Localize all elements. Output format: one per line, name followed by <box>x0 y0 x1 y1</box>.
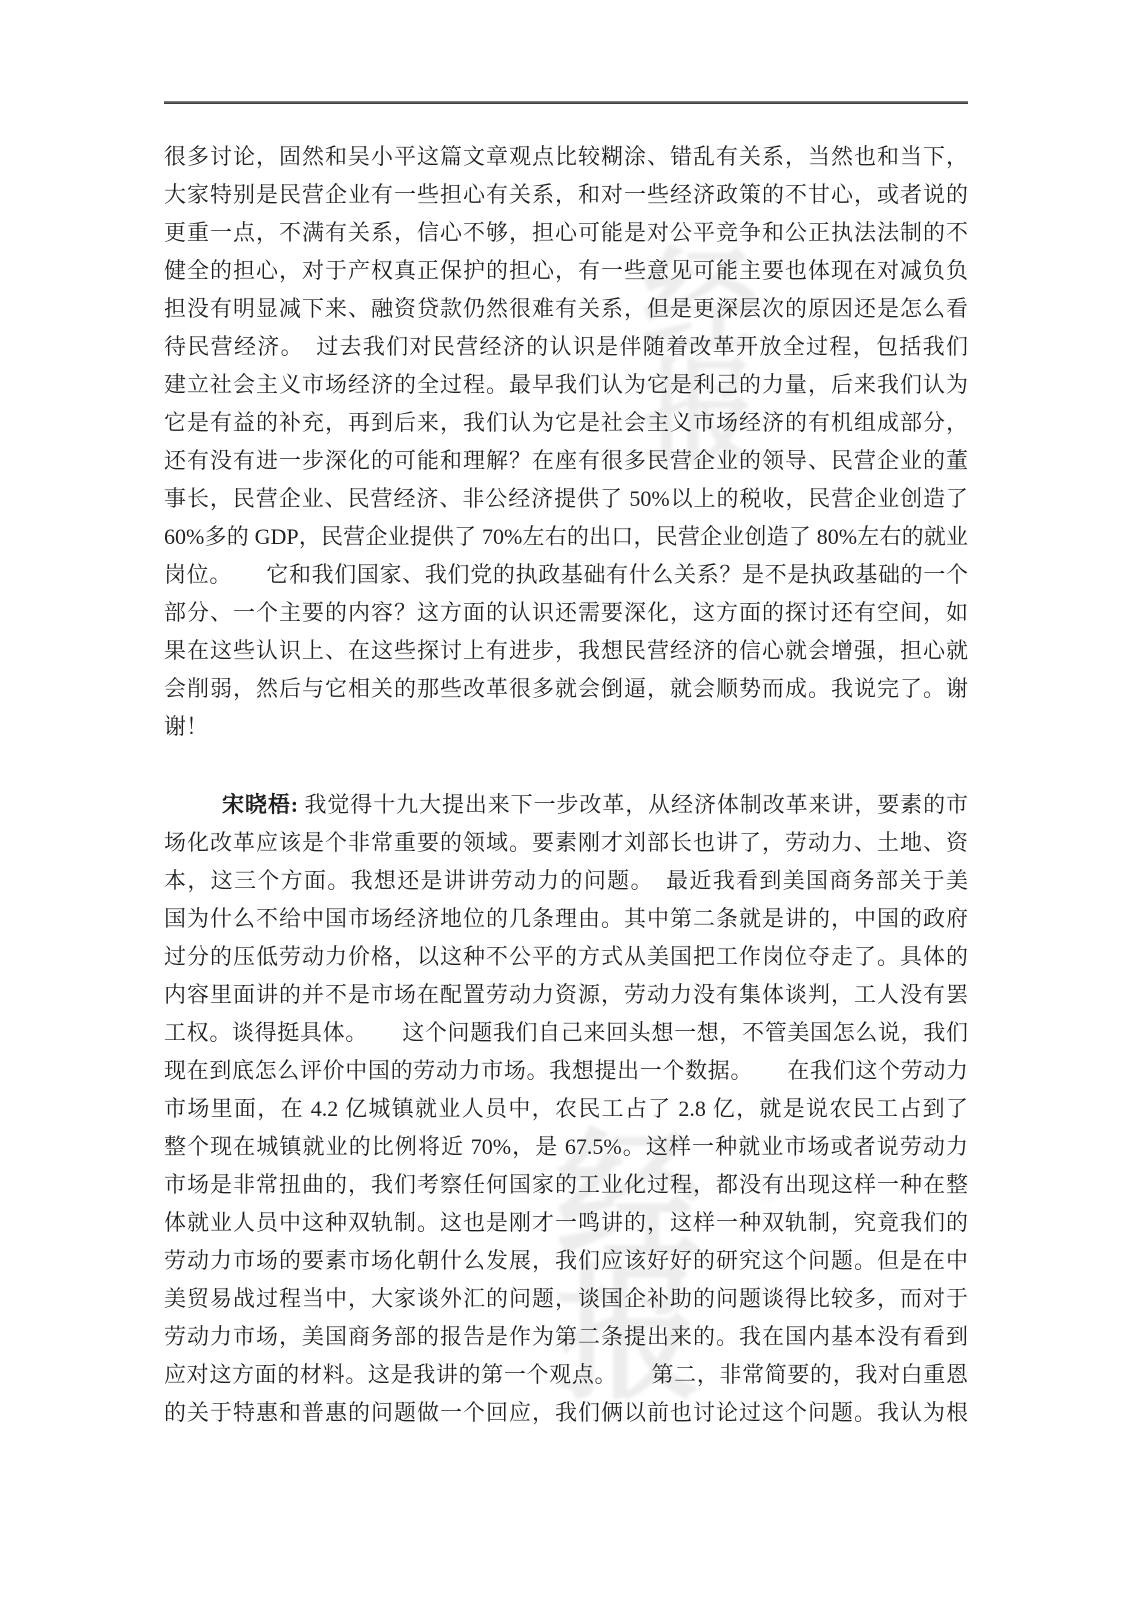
text-line: 国为什么不给中国市场经济地位的几条理由。其中第二条就是讲的，中国的政府 <box>164 900 968 938</box>
text-line: 内容里面讲的并不是市场在配置劳动力资源，劳动力没有集体谈判，工人没有罢 <box>164 976 968 1014</box>
text-line: 果在这些认识上、在这些探讨上有进步，我想民营经济的信心就会增强，担心就 <box>164 632 968 670</box>
text-line: 大家特别是民营企业有一些担心有关系，和对一些经济政策的不甘心，或者说的 <box>164 176 968 214</box>
text-line: 60%多的 GDP，民营企业提供了 70%左右的出口，民营企业创造了 80%左右… <box>164 518 968 556</box>
text-line: 美贸易战过程当中，大家谈外汇的问题，谈国企补助的问题谈得比较多，而对于 <box>164 1280 968 1318</box>
text-line: 的关于特惠和普惠的问题做一个回应，我们俩以前也讨论过这个问题。我认为根 <box>164 1394 968 1432</box>
speaker-text: 我觉得十九大提出来下一步改革，从经济体制改革来讲，要素的市 <box>298 792 968 817</box>
text-line: 部分、一个主要的内容？这方面的认识还需要深化，这方面的探讨还有空间，如 <box>164 594 968 632</box>
document-page: ® 经 报 ® 经 报 很多讨论，固然和吴小平这篇文章观点比较糊涂、错乱有关系，… <box>0 0 1131 1600</box>
text-line: 体就业人员中这种双轨制。这也是刚才一鸣讲的，这样一种双轨制，究竟我们的 <box>164 1204 968 1242</box>
text-line: 还有没有进一步深化的可能和理解？在座有很多民营企业的领导、民营企业的董 <box>164 442 968 480</box>
text-line: 现在到底怎么评价中国的劳动力市场。我想提出一个数据。 在我们这个劳动力 <box>164 1052 968 1090</box>
text-line: 更重一点，不满有关系，信心不够，担心可能是对公平竞争和公正执法法制的不 <box>164 214 968 252</box>
paragraph-1: 很多讨论，固然和吴小平这篇文章观点比较糊涂、错乱有关系，当然也和当下， 大家特别… <box>164 138 968 746</box>
text-line: 过分的压低劳动力价格，以这种不公平的方式从美国把工作岗位夺走了。具体的 <box>164 938 968 976</box>
body-text: 很多讨论，固然和吴小平这篇文章观点比较糊涂、错乱有关系，当然也和当下， 大家特别… <box>164 138 968 1432</box>
text-line: 健全的担心，对于产权真正保护的担心，有一些意见可能主要也体现在对减负负 <box>164 252 968 290</box>
text-line: 事长，民营企业、民营经济、非公经济提供了 50%以上的税收，民营企业创造了 <box>164 480 968 518</box>
text-line: 它是有益的补充，再到后来，我们认为它是社会主义市场经济的有机组成部分， <box>164 404 968 442</box>
text-line: 宋晓梧: 我觉得十九大提出来下一步改革，从经济体制改革来讲，要素的市 <box>164 786 968 824</box>
speaker-name: 宋晓梧: <box>222 792 298 817</box>
text-line: 本，这三个方面。我想还是讲讲劳动力的问题。 最近我看到美国商务部关于美 <box>164 862 968 900</box>
text-line: 应对这方面的材料。这是我讲的第一个观点。 第二，非常简要的，我对白重恩 <box>164 1356 968 1394</box>
text-line: 很多讨论，固然和吴小平这篇文章观点比较糊涂、错乱有关系，当然也和当下， <box>164 138 968 176</box>
text-line: 工权。谈得挺具体。 这个问题我们自己来回头想一想，不管美国怎么说，我们 <box>164 1014 968 1052</box>
text-line: 市场是非常扭曲的，我们考察任何国家的工业化过程，都没有出现这样一种在整 <box>164 1166 968 1204</box>
text-line: 岗位。 它和我们国家、我们党的执政基础有什么关系？是不是执政基础的一个 <box>164 556 968 594</box>
text-line: 会削弱，然后与它相关的那些改革很多就会倒逼，就会顺势而成。我说完了。谢 <box>164 670 968 708</box>
paragraph-2: 宋晓梧: 我觉得十九大提出来下一步改革，从经济体制改革来讲，要素的市 场化改革应… <box>164 786 968 1432</box>
text-line: 劳动力市场的要素市场化朝什么发展，我们应该好好的研究这个问题。但是在中 <box>164 1242 968 1280</box>
text-line: 劳动力市场，美国商务部的报告是作为第二条提出来的。我在国内基本没有看到 <box>164 1318 968 1356</box>
text-line: 谢！ <box>164 708 968 746</box>
text-line: 建立社会主义市场经济的全过程。最早我们认为它是利己的力量，后来我们认为 <box>164 366 968 404</box>
text-line: 场化改革应该是个非常重要的领域。要素刚才刘部长也讲了，劳动力、土地、资 <box>164 824 968 862</box>
text-line: 整个现在城镇就业的比例将近 70%，是 67.5%。这样一种就业市场或者说劳动力 <box>164 1128 968 1166</box>
text-line: 市场里面，在 4.2 亿城镇就业人员中，农民工占了 2.8 亿，就是说农民工占到… <box>164 1090 968 1128</box>
text-line: 担没有明显减下来、融资贷款仍然很难有关系，但是更深层次的原因还是怎么看 <box>164 290 968 328</box>
header-rule <box>164 101 968 104</box>
text-line: 待民营经济。 过去我们对民营经济的认识是伴随着改革开放全过程，包括我们 <box>164 328 968 366</box>
